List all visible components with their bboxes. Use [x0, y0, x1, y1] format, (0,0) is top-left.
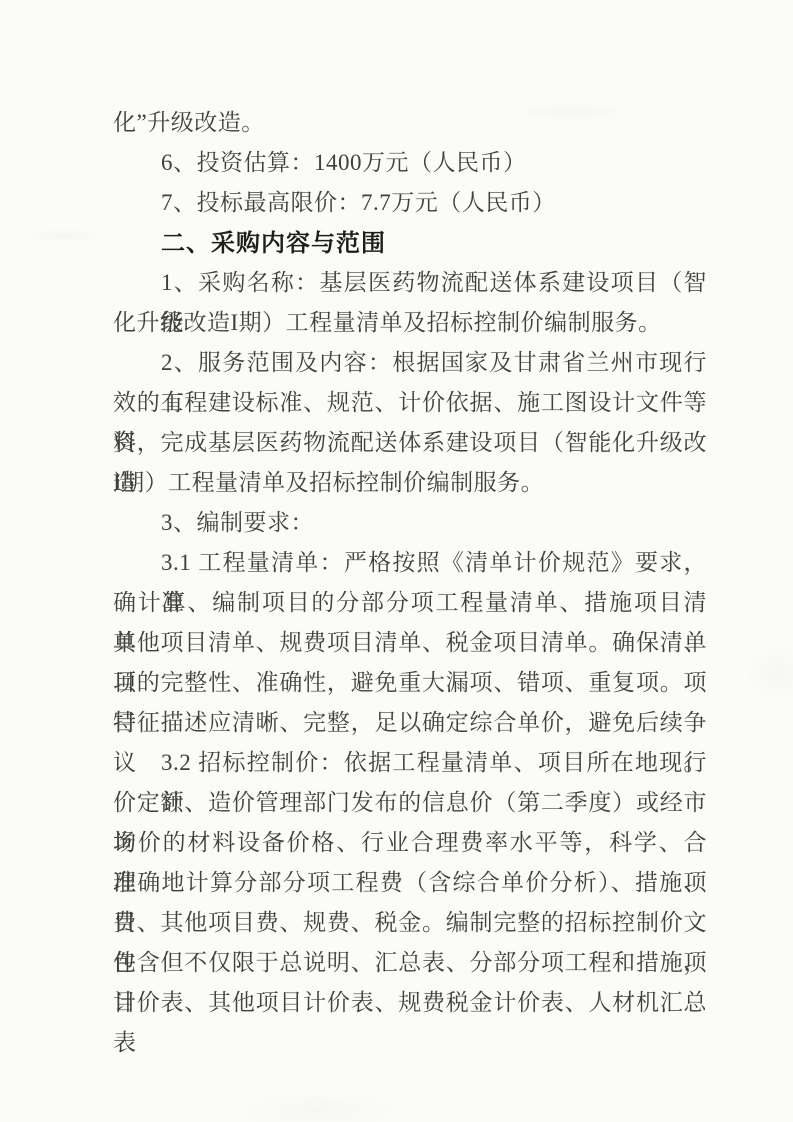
- text-line: 6、投资估算：1400万元（人民币）: [113, 143, 707, 183]
- text-line: 包含但不仅限于总说明、汇总表、分部分项工程和措施项目: [113, 943, 707, 983]
- text-line: 计价表、其他项目计价表、规费税金计价表、人材机汇总表: [113, 983, 707, 1023]
- text-line: 确计算、编制项目的分部分项工程量清单、措施项目清单、: [113, 583, 707, 623]
- text-line: 准确地计算分部分项工程费（含综合单价分析）、措施项目: [113, 863, 707, 903]
- text-line: 其他项目清单、规费项目清单、税金项目清单。确保清单项: [113, 623, 707, 663]
- text-line: 化”升级改造。: [113, 103, 707, 143]
- text-line: 1、采购名称：基层医药物流配送体系建设项目（智能: [113, 263, 707, 303]
- text-line: 询价的材料设备价格、行业合理费率水平等，科学、合理、: [113, 823, 707, 863]
- text-line: 3、编制要求：: [113, 503, 707, 543]
- text-line: 费、其他项目费、规费、税金。编制完整的招标控制价文件，: [113, 903, 707, 943]
- text-line: 效的工程建设标准、规范、计价依据、施工图设计文件等资: [113, 383, 707, 423]
- document-text-block: 化”升级改造。6、投资估算：1400万元（人民币）7、投标最高限价：7.7万元（…: [113, 103, 707, 1023]
- text-line: 7、投标最高限价：7.7万元（人民币）: [113, 183, 707, 223]
- text-line: 料，完成基层医药物流配送体系建设项目（智能化升级改造: [113, 423, 707, 463]
- text-line: 目的完整性、准确性，避免重大漏项、错项、重复项。项目: [113, 663, 707, 703]
- text-line: I期）工程量清单及招标控制价编制服务。: [113, 463, 707, 503]
- document-page: 化”升级改造。6、投资估算：1400万元（人民币）7、投标最高限价：7.7万元（…: [0, 0, 793, 1122]
- text-line: 3.1 工程量清单：严格按照《清单计价规范》要求，准: [113, 543, 707, 583]
- text-line: 特征描述应清晰、完整，足以确定综合单价，避免后续争议。: [113, 703, 707, 743]
- text-line: 化升级改造I期）工程量清单及招标控制价编制服务。: [113, 303, 707, 343]
- text-line: 2、服务范围及内容：根据国家及甘肃省兰州市现行有: [113, 343, 707, 383]
- text-line: 价定额、造价管理部门发布的信息价（第二季度）或经市场: [113, 783, 707, 823]
- text-line: 3.2 招标控制价：依据工程量清单、项目所在地现行计: [113, 743, 707, 783]
- section-heading: 二、采购内容与范围: [113, 223, 707, 263]
